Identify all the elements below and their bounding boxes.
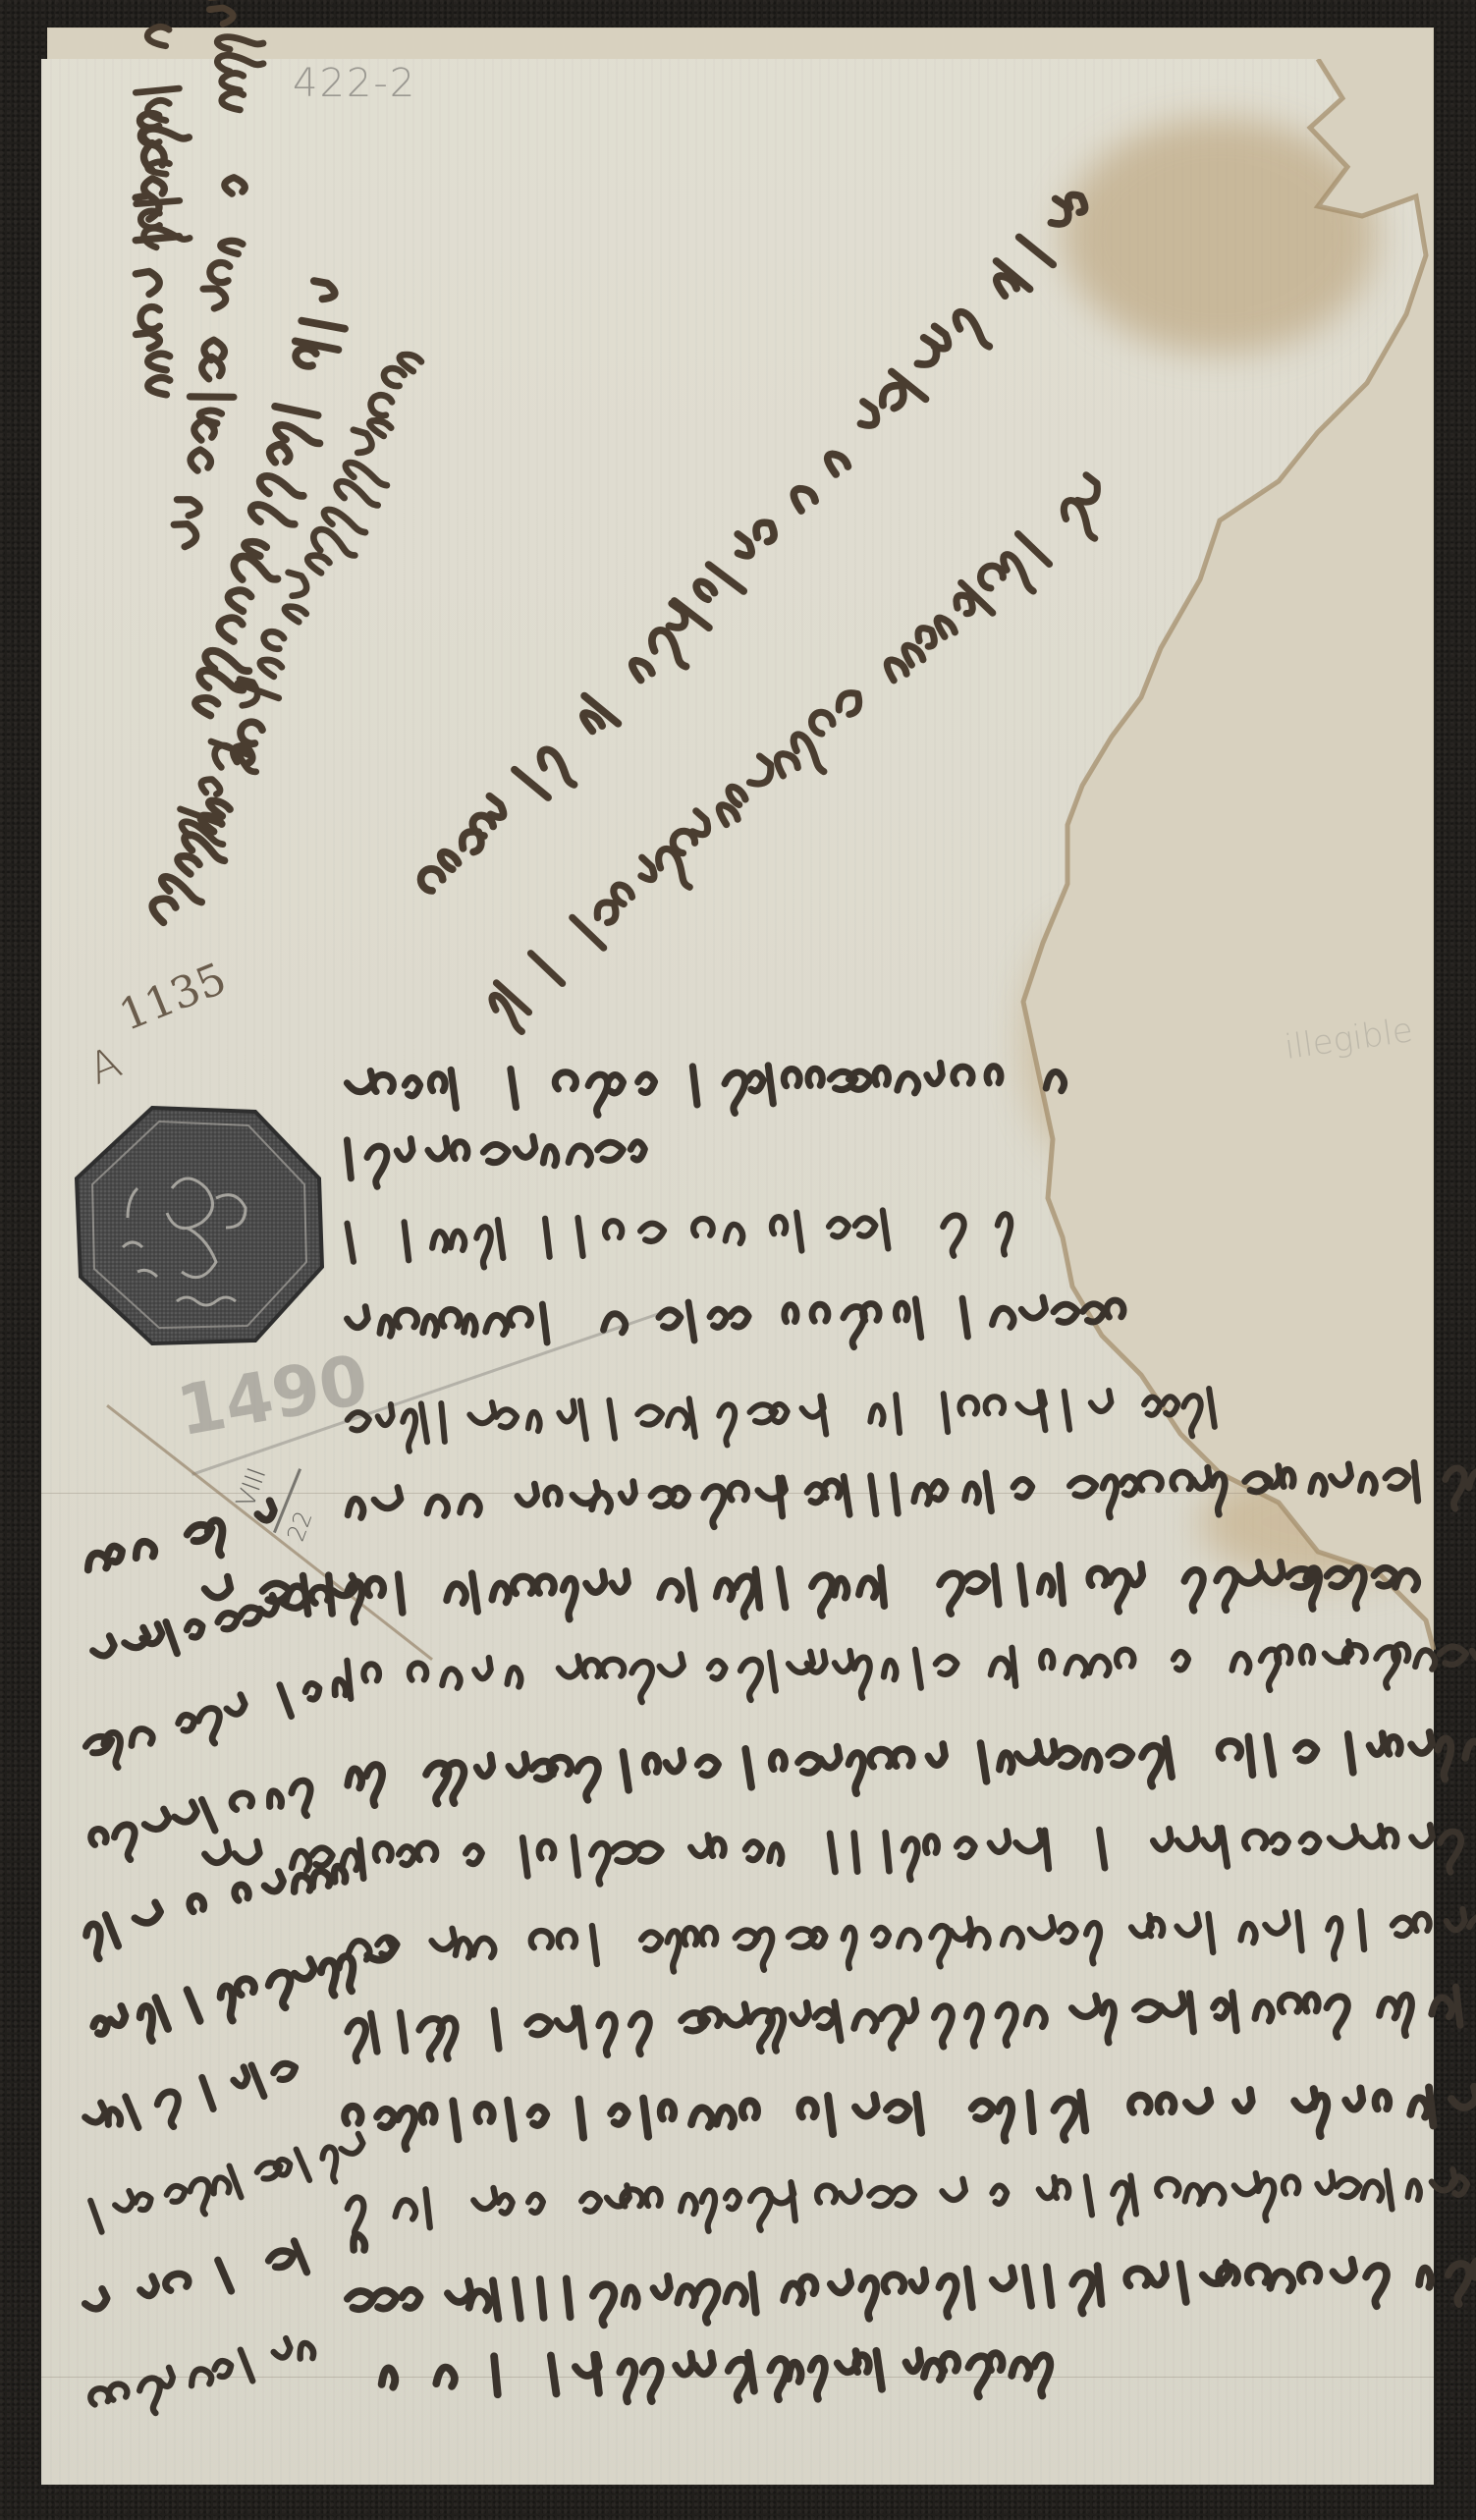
fold-line: [41, 2377, 1434, 2378]
pencil-top-number: 422-2: [293, 61, 416, 106]
octagonal-seal: illegible (Georgian script around border…: [69, 1100, 329, 1355]
